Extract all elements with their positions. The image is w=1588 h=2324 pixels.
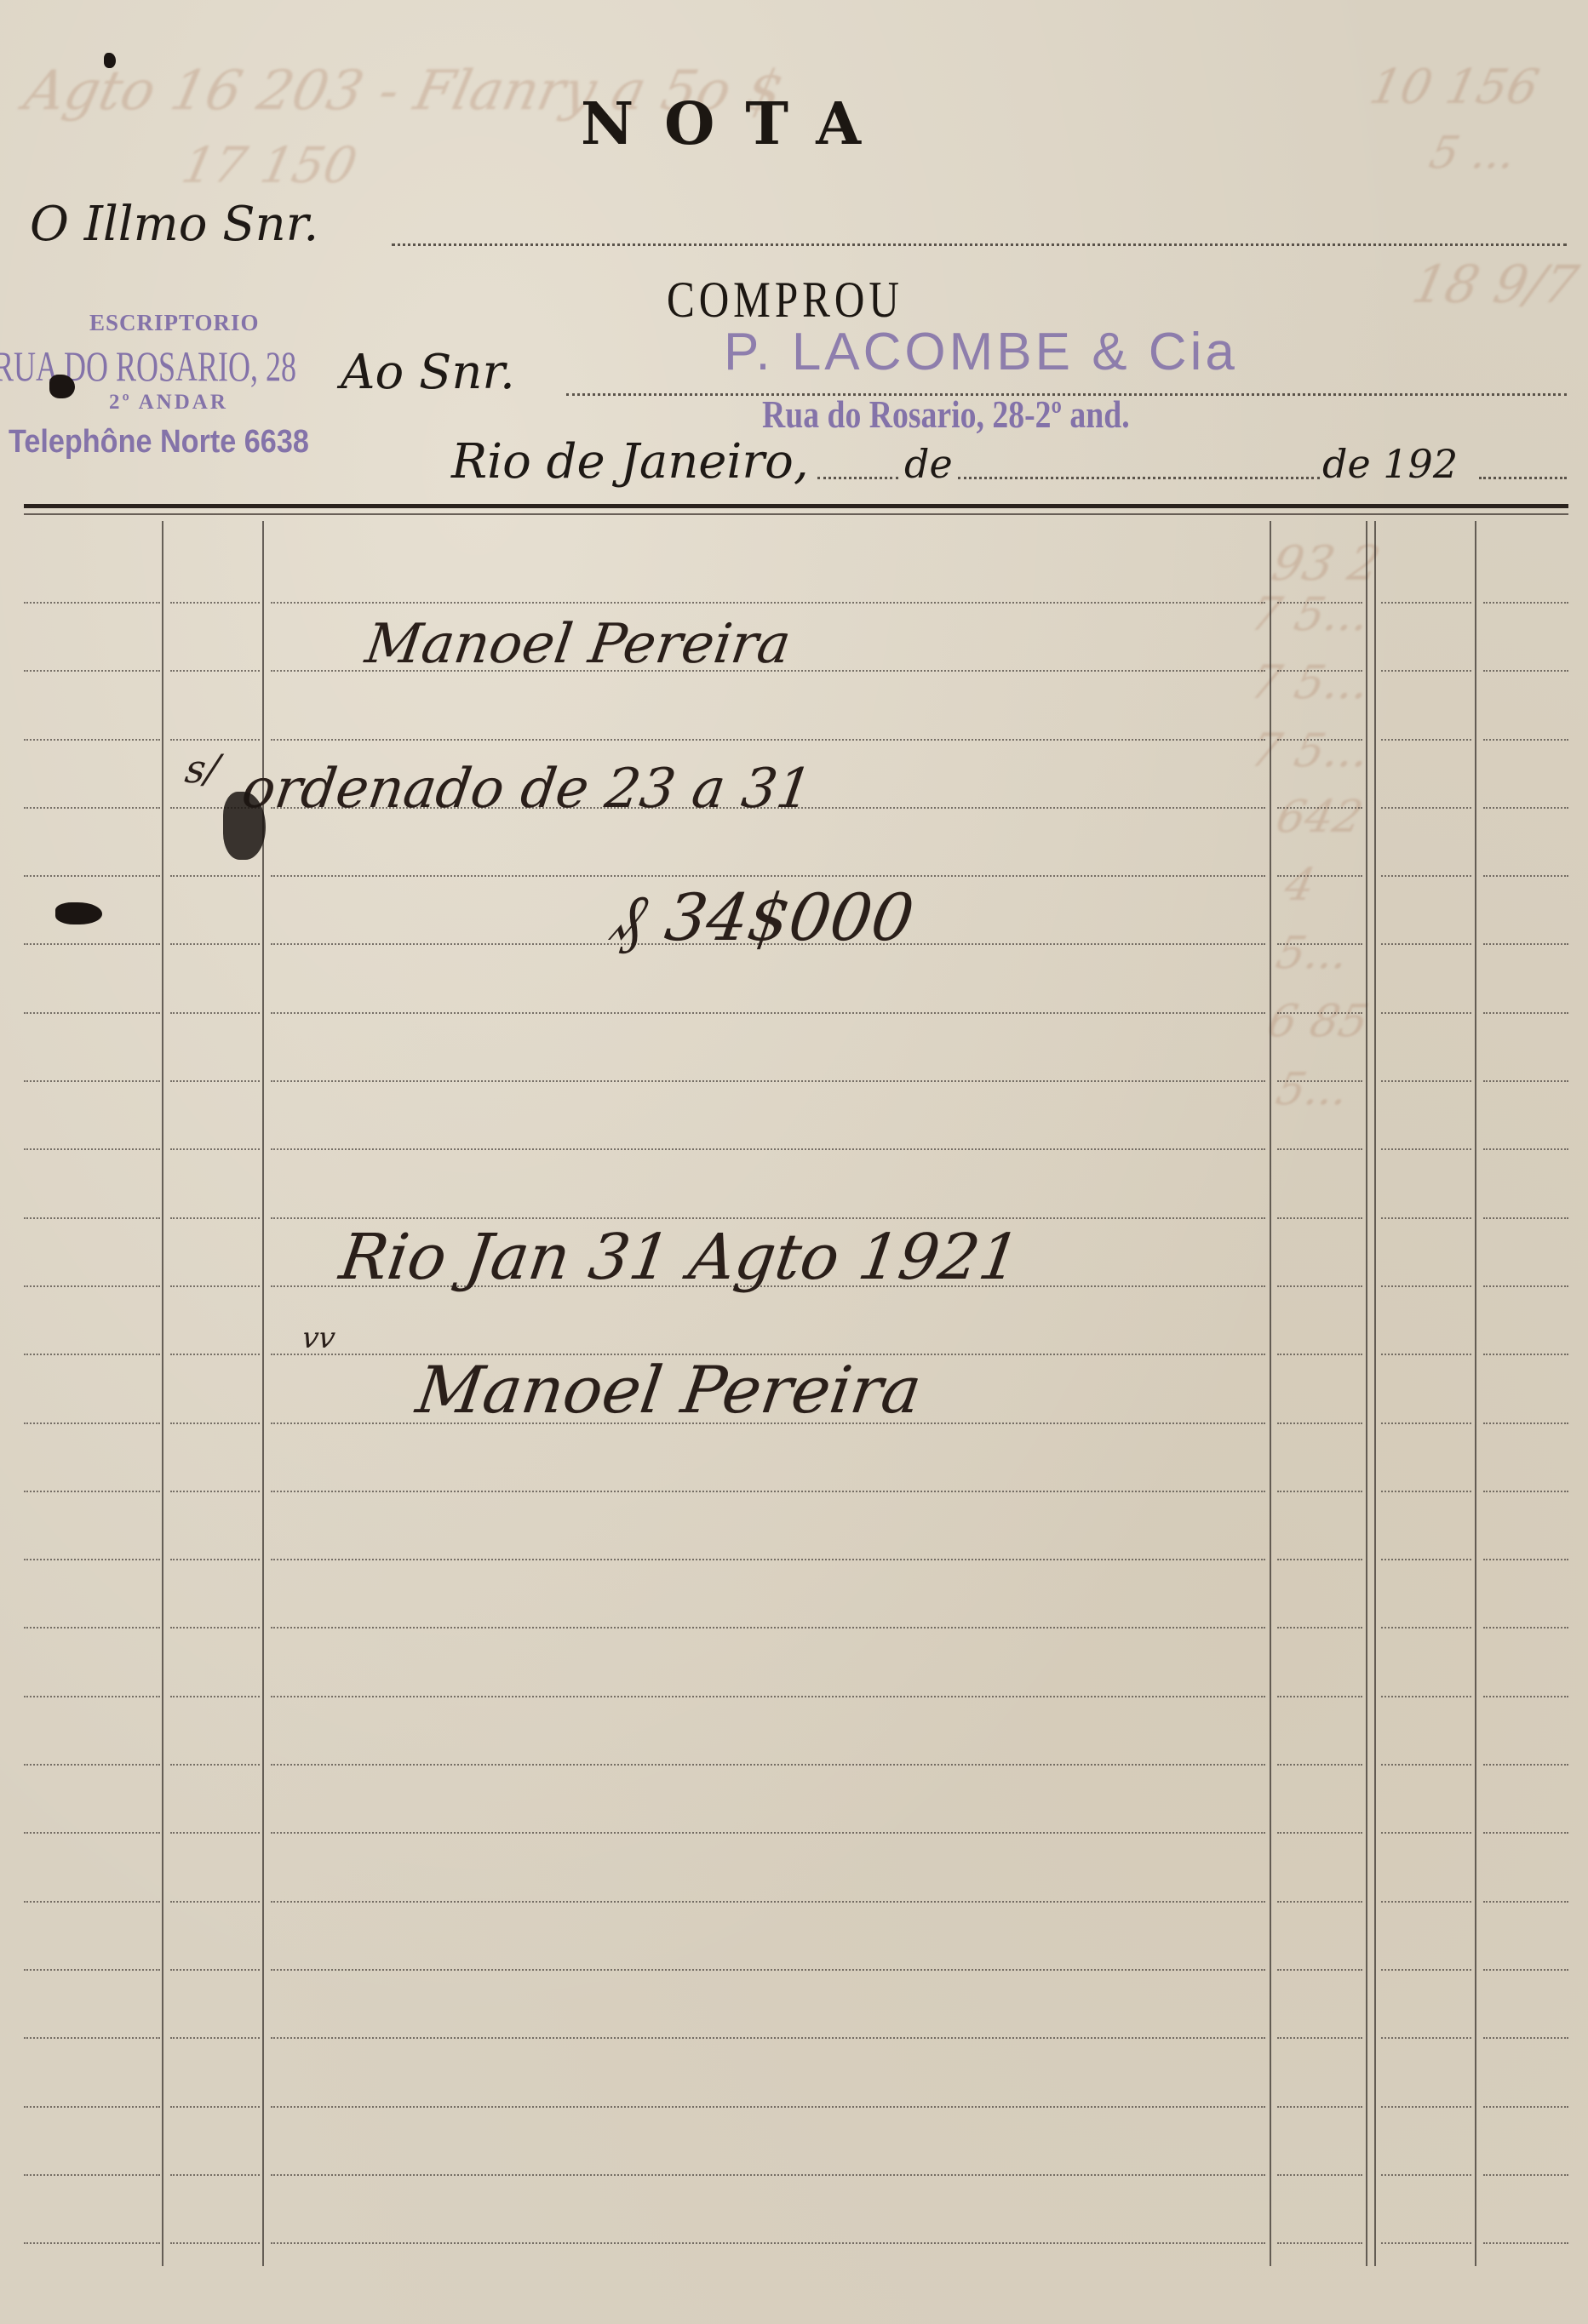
handwritten-date: Rio Jan 31 Agto 1921 <box>336 1226 1023 1289</box>
office-stamp-phone: Telephône Norte 6638 <box>9 426 309 458</box>
handwritten-description: ordenado de 23 a 31 <box>239 762 816 816</box>
ledger-row-rule <box>170 2242 260 2244</box>
bleed-through-value: 7 5... <box>1246 724 1374 777</box>
ledger-row-rule <box>1381 1148 1471 1150</box>
ledger-row-rule <box>1483 670 1568 672</box>
ledger-row-rule <box>1483 1764 1568 1766</box>
ledger-row-rule <box>170 1901 260 1903</box>
ledger-row-rule <box>271 1969 1265 1971</box>
ledger-row-rule <box>1277 1559 1362 1560</box>
column-divider <box>1374 521 1376 2266</box>
ledger-row-rule <box>24 1422 160 1424</box>
ledger-row-rule <box>170 1559 260 1560</box>
ledger-row-rule <box>1277 2037 1362 2039</box>
ledger-row-rule <box>1277 943 1362 945</box>
ledger-row-rule <box>24 2242 160 2244</box>
ledger-row-rule <box>1483 1969 1568 1971</box>
place-label: Rio de Janeiro, <box>451 438 809 486</box>
bleed-through-value: 642 <box>1272 792 1367 843</box>
ledger-row-rule <box>1483 1012 1568 1014</box>
purchase-label: COMPROU <box>667 274 903 325</box>
ledger-row-rule <box>1483 1696 1568 1697</box>
bleed-through-value: 5... <box>1272 1064 1353 1115</box>
ledger-row-rule <box>271 1627 1265 1629</box>
ledger-row-rule <box>170 1354 260 1355</box>
ledger-row-rule <box>1277 1696 1362 1697</box>
date-de-label: de <box>904 444 953 484</box>
ledger-row-rule <box>1483 1627 1568 1629</box>
ink-blot <box>49 375 75 398</box>
ledger-row-rule <box>1277 1148 1362 1150</box>
year-label: de 192 <box>1322 444 1458 484</box>
ledger-row-rule <box>1277 1832 1362 1834</box>
ledger-row-rule <box>1381 670 1471 672</box>
ledger-row-rule <box>24 602 160 604</box>
ledger-row-rule <box>170 943 260 945</box>
salutation-label: O Illmo Snr. <box>30 201 318 249</box>
header-divider-thick <box>24 504 1568 508</box>
handwritten-signature: Manoel Pereira <box>413 1358 926 1422</box>
ledger-row-rule <box>170 1422 260 1424</box>
ledger-row-rule <box>271 1148 1265 1150</box>
ledger-row-rule <box>24 1901 160 1903</box>
ink-blot <box>223 792 266 860</box>
header-divider-thin <box>24 513 1568 515</box>
column-divider <box>162 521 163 2266</box>
ledger-row-rule <box>1381 2106 1471 2108</box>
bleed-through-value: 6 85 <box>1264 996 1373 1047</box>
ledger-row-rule <box>1483 2174 1568 2176</box>
ledger-row-rule <box>24 943 160 945</box>
ledger-row-rule <box>1277 2242 1362 2244</box>
ledger-row-rule <box>271 1012 1265 1014</box>
ledger-row-rule <box>1381 1285 1471 1287</box>
ledger-row-rule <box>1483 807 1568 809</box>
ledger-row-rule <box>1277 1080 1362 1082</box>
ledger-row-rule <box>271 2037 1265 2039</box>
ledger-row-rule <box>170 1696 260 1697</box>
ink-blot <box>104 53 116 68</box>
bleed-through-text: 17 150 <box>177 136 362 194</box>
handwritten-prefix: s/ <box>183 749 222 788</box>
ledger-row-rule <box>24 1012 160 1014</box>
ledger-row-rule <box>1381 807 1471 809</box>
office-stamp-street: RUA DO ROSARIO, 28 <box>0 345 296 387</box>
month-field-line <box>958 477 1320 479</box>
bleed-through-value: 7 5... <box>1246 655 1374 709</box>
ledger-row-rule <box>24 1627 160 1629</box>
ledger-row-rule <box>1277 807 1362 809</box>
ledger-row-rule <box>271 1080 1265 1082</box>
ledger-row-rule <box>1277 670 1362 672</box>
ledger-row-rule <box>1381 602 1471 604</box>
ledger-row-rule <box>24 1696 160 1697</box>
ledger-row-rule <box>24 875 160 877</box>
ledger-row-rule <box>1277 1422 1362 1424</box>
document-title: NOTA <box>581 95 891 153</box>
bleed-through-value: 4 <box>1281 860 1320 911</box>
ledger-row-rule <box>1381 943 1471 945</box>
ledger-row-rule <box>1483 1491 1568 1492</box>
ledger-row-rule <box>1381 1627 1471 1629</box>
ledger-row-rule <box>271 875 1265 877</box>
ledger-row-rule <box>24 1285 160 1287</box>
ledger-row-rule <box>1277 2106 1362 2108</box>
ledger-row-rule <box>24 739 160 741</box>
column-divider <box>1366 521 1367 2266</box>
ledger-row-rule <box>1483 1832 1568 1834</box>
ledger-row-rule <box>1483 1901 1568 1903</box>
ledger-row-rule <box>24 1080 160 1082</box>
ledger-row-rule <box>1277 2174 1362 2176</box>
ledger-row-rule <box>1381 1696 1471 1697</box>
ledger-row-rule <box>1483 2242 1568 2244</box>
ledger-row-rule <box>1483 1217 1568 1219</box>
ledger-row-rule <box>1483 1422 1568 1424</box>
ledger-row-rule <box>24 1491 160 1492</box>
ledger-row-rule <box>170 1764 260 1766</box>
column-divider <box>1270 521 1271 2266</box>
ledger-row-rule <box>271 1559 1265 1560</box>
bleed-through-text: 5 ... <box>1425 128 1521 179</box>
ledger-row-rule <box>1277 1764 1362 1766</box>
ledger-row-rule <box>24 670 160 672</box>
ledger-row-rule <box>170 1217 260 1219</box>
ledger-row-rule <box>1277 1354 1362 1355</box>
ledger-row-rule <box>24 1217 160 1219</box>
ledger-row-rule <box>1277 739 1362 741</box>
ledger-row-rule <box>271 2106 1265 2108</box>
ledger-row-rule <box>271 1764 1265 1766</box>
ledger-row-rule <box>170 602 260 604</box>
ledger-row-rule <box>1277 1969 1362 1971</box>
handwritten-mark: vv <box>301 1324 337 1353</box>
ledger-row-rule <box>1381 1354 1471 1355</box>
column-divider <box>1475 521 1476 2266</box>
bleed-through-value: 7 5... <box>1246 587 1374 641</box>
ledger-row-rule <box>1277 1491 1362 1492</box>
office-stamp-floor: 2º ANDAR <box>109 392 228 413</box>
ledger-row-rule <box>1483 1080 1568 1082</box>
bleed-through-text: 10 156 <box>1365 60 1544 115</box>
ledger-row-rule <box>24 1148 160 1150</box>
ledger-row-rule <box>24 1559 160 1560</box>
recipient-label: Ao Snr. <box>341 349 515 397</box>
ledger-row-rule <box>1483 1148 1568 1150</box>
ledger-row-rule <box>1277 1217 1362 1219</box>
ledger-row-rule <box>1381 1491 1471 1492</box>
ledger-row-rule <box>1483 1285 1568 1287</box>
ledger-row-rule <box>170 1285 260 1287</box>
ledger-row-rule <box>1277 1012 1362 1014</box>
ledger-row-rule <box>1483 2106 1568 2108</box>
ledger-row-rule <box>1277 1285 1362 1287</box>
ledger-row-rule <box>271 1901 1265 1903</box>
bleed-through-value: 5... <box>1272 928 1353 979</box>
ledger-row-rule <box>1483 1559 1568 1560</box>
ledger-row-rule <box>1381 2174 1471 2176</box>
ledger-row-rule <box>170 875 260 877</box>
ledger-row-rule <box>1483 2037 1568 2039</box>
ledger-row-rule <box>1483 602 1568 604</box>
ledger-row-rule <box>170 1491 260 1492</box>
ledger-row-rule <box>170 670 260 672</box>
handwritten-name: Manoel Pereira <box>363 617 794 672</box>
handwritten-amount: ₰ 34$000 <box>609 885 918 950</box>
ledger-row-rule <box>170 2037 260 2039</box>
ledger-row-rule <box>271 602 1265 604</box>
ledger-row-rule <box>24 807 160 809</box>
ledger-row-rule <box>24 1354 160 1355</box>
ledger-row-rule <box>1381 1012 1471 1014</box>
company-stamp-name: P. LACOMBE & Cia <box>724 326 1238 379</box>
ledger-row-rule <box>170 1080 260 1082</box>
ledger-row-rule <box>1381 1969 1471 1971</box>
ledger-row-rule <box>271 1696 1265 1697</box>
ledger-row-rule <box>1483 943 1568 945</box>
day-field-line <box>817 477 898 479</box>
ledger-row-rule <box>1277 602 1362 604</box>
year-field-line <box>1479 477 1567 479</box>
ledger-row-rule <box>1277 1627 1362 1629</box>
ledger-row-rule <box>1483 875 1568 877</box>
ink-blot <box>55 902 102 924</box>
ledger-row-rule <box>271 1217 1265 1219</box>
ledger-row-rule <box>1381 1832 1471 1834</box>
ledger-row-rule <box>271 2174 1265 2176</box>
ledger-row-rule <box>170 1832 260 1834</box>
ledger-row-rule <box>170 1148 260 1150</box>
ledger-row-rule <box>170 1969 260 1971</box>
ledger-row-rule <box>1277 875 1362 877</box>
ledger-row-rule <box>1381 875 1471 877</box>
ledger-row-rule <box>271 739 1265 741</box>
ledger-row-rule <box>24 2037 160 2039</box>
ledger-row-rule <box>1381 1080 1471 1082</box>
ledger-row-rule <box>170 739 260 741</box>
ledger-row-rule <box>24 1764 160 1766</box>
ledger-row-rule <box>1381 1559 1471 1560</box>
ledger-row-rule <box>1381 1422 1471 1424</box>
ledger-row-rule <box>1381 2242 1471 2244</box>
ledger-row-rule <box>1483 739 1568 741</box>
ledger-row-rule <box>24 1832 160 1834</box>
ledger-row-rule <box>24 2174 160 2176</box>
ledger-row-rule <box>24 2106 160 2108</box>
ledger-row-rule <box>1277 1901 1362 1903</box>
ledger-row-rule <box>1381 1901 1471 1903</box>
salutation-field-line <box>392 243 1567 246</box>
ledger-row-rule <box>170 2106 260 2108</box>
ledger-row-rule <box>170 1012 260 1014</box>
ledger-row-rule <box>1381 1764 1471 1766</box>
ledger-row-rule <box>170 1627 260 1629</box>
ledger-row-rule <box>271 1491 1265 1492</box>
ledger-row-rule <box>1483 1354 1568 1355</box>
ledger-row-rule <box>170 2174 260 2176</box>
bleed-through-text: 18 9/7 <box>1407 255 1584 315</box>
ledger-row-rule <box>1381 1217 1471 1219</box>
ledger-row-rule <box>271 1832 1265 1834</box>
ledger-row-rule <box>271 2242 1265 2244</box>
office-stamp-heading: ESCRIPTORIO <box>89 312 260 335</box>
ledger-row-rule <box>24 1969 160 1971</box>
ledger-row-rule <box>1381 739 1471 741</box>
company-stamp-address: Rua do Rosario, 28-2º and. <box>762 395 1130 434</box>
ledger-row-rule <box>1381 2037 1471 2039</box>
